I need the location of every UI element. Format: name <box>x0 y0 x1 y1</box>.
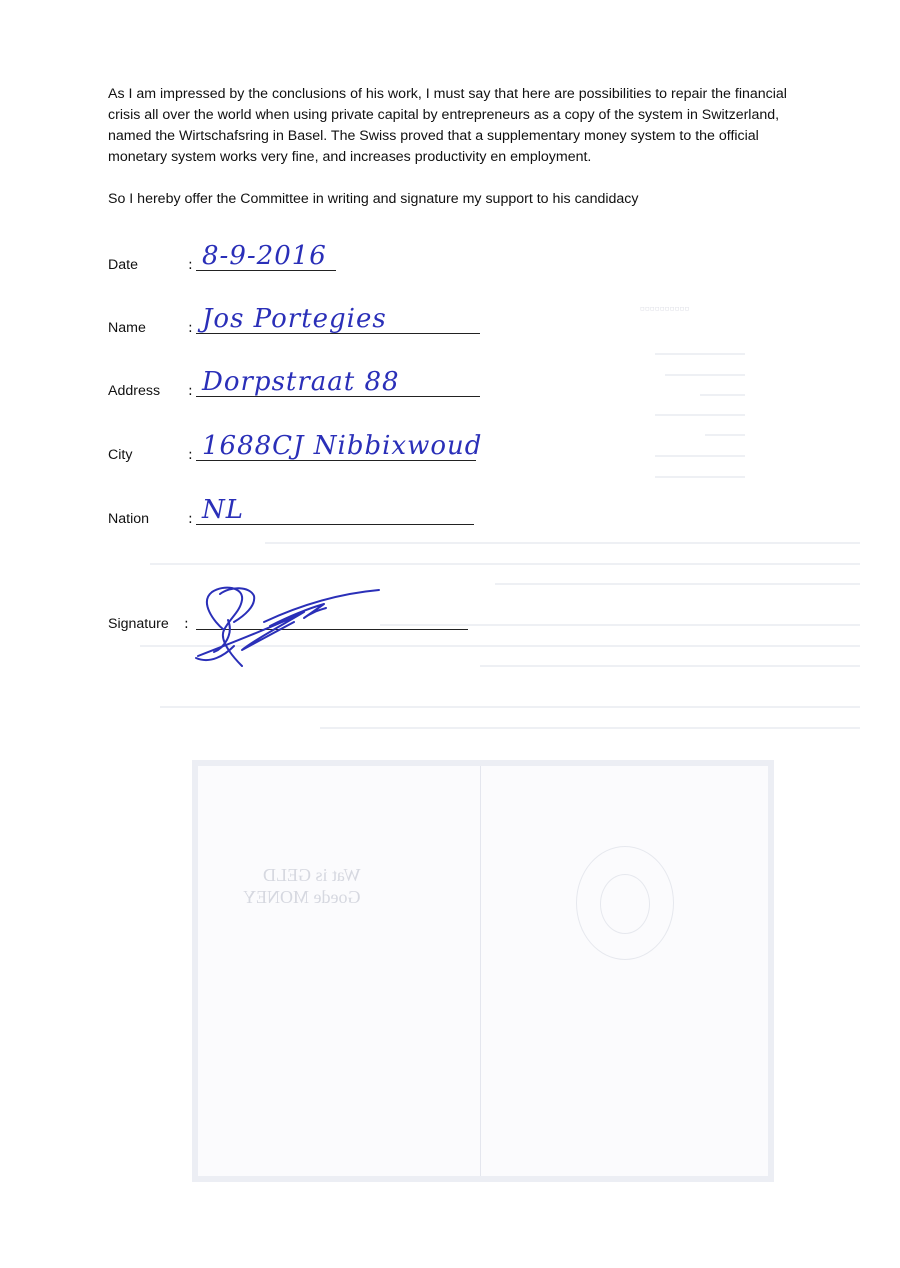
field-label: Nation <box>108 511 149 527</box>
handwritten-address[interactable]: Dorpstraat 88 <box>202 367 400 397</box>
bleed-through-line <box>655 476 745 478</box>
bleed-through-line <box>655 353 745 355</box>
bleed-through-text: ▫▫▫▫▫▫▫▫▫▫ <box>640 300 690 316</box>
field-address: Address : Dorpstraat 88 <box>108 359 498 399</box>
field-nation: Nation : NL <box>108 487 498 527</box>
field-name: Name : Jos Portegies <box>108 296 498 336</box>
bleed-through-line <box>160 706 860 708</box>
bleed-through-line <box>265 542 860 544</box>
bleed-through-line <box>320 727 860 729</box>
bleed-through-line <box>495 583 860 585</box>
handwritten-name[interactable]: Jos Portegies <box>202 304 387 334</box>
field-separator: : <box>188 320 193 336</box>
bleed-through-line <box>665 374 745 376</box>
handwritten-date[interactable]: 8-9-2016 <box>202 241 327 271</box>
handwritten-nation[interactable]: NL <box>202 495 244 525</box>
bleed-through-line <box>655 455 745 457</box>
letter-body: As I am impressed by the conclusions of … <box>108 84 798 210</box>
handwritten-city[interactable]: 1688CJ Nibbixwoud <box>202 431 482 461</box>
paragraph-conclusion: As I am impressed by the conclusions of … <box>108 84 798 168</box>
field-separator: : <box>188 257 193 273</box>
field-label: Date <box>108 257 138 273</box>
paragraph-support: So I hereby offer the Committee in writi… <box>108 189 798 210</box>
field-date: Date : 8-9-2016 <box>108 233 348 273</box>
bleed-through-line <box>655 414 745 416</box>
field-label: Signature <box>108 616 169 632</box>
bleed-through-image: Wat is GELDGoede MONEY <box>192 760 774 1182</box>
field-city: City : 1688CJ Nibbixwoud <box>108 423 498 463</box>
bleed-through-line <box>480 665 860 667</box>
field-label: Address <box>108 383 160 399</box>
field-label: Name <box>108 320 146 336</box>
field-separator: : <box>188 511 193 527</box>
field-separator: : <box>184 616 189 632</box>
field-label: City <box>108 447 132 463</box>
document-page: ▫▫▫▫▫▫▫▫▫▫ Wat is GELDGoede MONEY As I a… <box>0 0 900 1268</box>
bleed-through-line <box>150 563 860 565</box>
field-separator: : <box>188 447 193 463</box>
bleed-through-line <box>705 434 745 436</box>
signature-scribble[interactable] <box>194 582 384 672</box>
field-separator: : <box>188 383 193 399</box>
bleed-through-line <box>700 394 745 396</box>
